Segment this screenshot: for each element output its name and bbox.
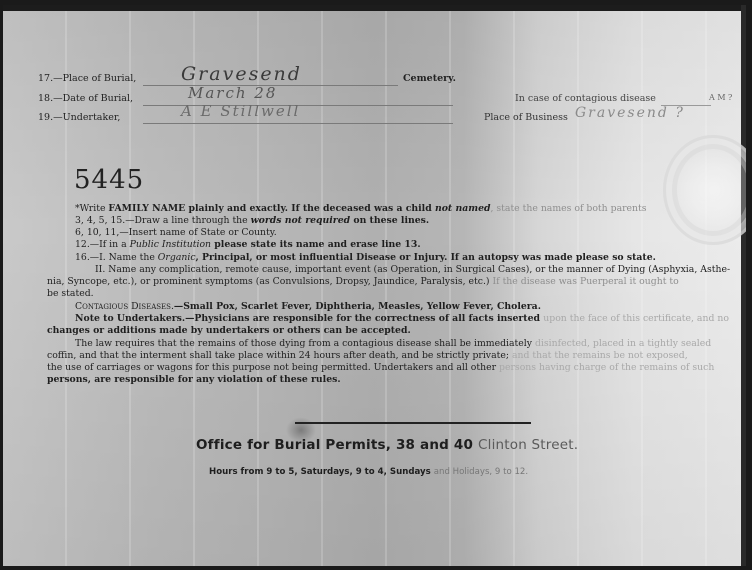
- hours-text: Hours from 9 to 5, Saturdays, 9 to 4, Su…: [209, 467, 434, 477]
- instr-text: upon the face of this certificate, and n…: [543, 313, 729, 324]
- instruction-line-family-name: *Write FAMILY NAME plainly and exactly. …: [75, 203, 647, 215]
- instr-text: on these lines.: [350, 215, 429, 226]
- instruction-line-be-stated: be stated.: [47, 288, 94, 300]
- instr-text: disinfected, placed in a tightly sealed: [535, 338, 711, 349]
- undertaker-label: 19.—Undertaker,: [38, 112, 120, 123]
- instruction-line-complication: II. Name any complication, remote cause,…: [95, 264, 730, 276]
- office-hours: Hours from 9 to 5, Saturdays, 9 to 4, Su…: [209, 467, 528, 477]
- section-divider: [295, 422, 531, 424]
- instr-text: and that the remains be not exposed,: [512, 350, 688, 361]
- instruction-line-disease: 16.—I. Name the Organic, Principal, or m…: [75, 252, 656, 264]
- instr-text: , state the names of both parents: [490, 203, 646, 214]
- office-text: Office for Burial Permits, 38 and 40: [196, 437, 478, 453]
- instruction-line-draw-line: 3, 4, 5, 15.—Draw a line through the wor…: [75, 215, 429, 227]
- instruction-line-state-county: 6, 10, 11,—Insert name of State or Count…: [75, 227, 277, 239]
- date-of-burial-value: March 28: [188, 84, 277, 102]
- hours-text-holidays: and Holidays, 9 to 12.: [434, 467, 528, 477]
- embossed-seal-icon: [663, 135, 746, 245]
- instr-text: II. Name any complication, remote cause,…: [95, 264, 730, 275]
- instr-text: words not required: [251, 215, 350, 226]
- instruction-line-symptoms: nia, Syncope, etc.), or prominent sympto…: [47, 276, 679, 288]
- instr-text: plainly and exactly. If the deceased was…: [185, 203, 435, 214]
- instr-text: Public Institution: [130, 239, 211, 250]
- instruction-line-note-undertakers: Note to Undertakers.—Physicians are resp…: [75, 313, 729, 325]
- instruction-line-law-requires: The law requires that the remains of tho…: [75, 338, 711, 350]
- instr-text: coffin, and that the interment shall tak…: [47, 350, 512, 361]
- instruction-line-contagious-diseases: Contagious Diseases.—Small Pox, Scarlet …: [75, 301, 541, 313]
- place-of-burial-value: Gravesend: [181, 63, 302, 85]
- instr-text: 3, 4, 5, 15.—Draw a line through the: [75, 215, 251, 226]
- undertaker-value: A E Stillwell: [181, 102, 300, 120]
- instr-text: nia, Syncope, etc.), or prominent sympto…: [47, 276, 493, 287]
- date-of-burial-label: 18.—Date of Burial,: [38, 93, 133, 104]
- instr-text: The law requires that the remains of tho…: [75, 338, 535, 349]
- instr-text: —Small Pox, Scarlet Fever, Diphtheria, M…: [174, 301, 541, 312]
- instruction-line-carriages: the use of carriages or wagons for this …: [47, 362, 714, 374]
- office-street: Clinton Street.: [478, 437, 578, 453]
- undertaker-line: [143, 123, 453, 124]
- form-number: 5445: [74, 165, 144, 195]
- instr-text: Organic: [158, 252, 196, 263]
- instr-text: changes or additions made by undertakers…: [47, 325, 411, 336]
- instr-text: If the disease was Puerperal it ought to: [493, 276, 679, 287]
- instr-text: , Principal, or most influential Disease…: [196, 252, 656, 263]
- scan-top-border: [3, 5, 746, 11]
- instr-text: Contagious Diseases.: [75, 301, 174, 312]
- instr-text: 16.—I. Name the: [75, 252, 158, 263]
- place-of-burial-label: 17.—Place of Burial,: [38, 73, 136, 84]
- instr-text: *Write: [75, 203, 108, 214]
- scan-right-border: [741, 5, 746, 566]
- instr-text: 6, 10, 11,—Insert name of State or Count…: [75, 227, 277, 238]
- place-of-business-label: Place of Business: [484, 112, 568, 123]
- instr-text: Note to Undertakers.—Physicians are resp…: [75, 313, 543, 324]
- instr-text: FAMILY NAME: [108, 203, 185, 214]
- contagious-disease-value: A M ?: [709, 93, 732, 102]
- place-of-business-value: Gravesend ?: [575, 105, 685, 121]
- instruction-line-violation: persons, are responsible for any violati…: [47, 374, 341, 386]
- cemetery-suffix: Cemetery.: [403, 73, 456, 84]
- burial-permit-document: 17.—Place of Burial, Gravesend Cemetery.…: [3, 5, 746, 566]
- instruction-line-institution: 12.—If in a Public Institution please st…: [75, 239, 421, 251]
- instr-text: be stated.: [47, 288, 94, 299]
- instr-text: persons, are responsible for any violati…: [47, 374, 341, 385]
- instr-text: please state its name and erase line 13.: [211, 239, 421, 250]
- contagious-disease-label: In case of contagious disease: [515, 93, 656, 104]
- instr-text: persons having charge of the remains of …: [499, 362, 714, 373]
- instr-text: the use of carriages or wagons for this …: [47, 362, 499, 373]
- instruction-line-coffin: coffin, and that the interment shall tak…: [47, 350, 688, 362]
- instruction-line-changes: changes or additions made by undertakers…: [47, 325, 411, 337]
- office-address: Office for Burial Permits, 38 and 40 Cli…: [196, 437, 578, 453]
- instr-text: not named: [435, 203, 491, 214]
- instr-text: 12.—If in a: [75, 239, 130, 250]
